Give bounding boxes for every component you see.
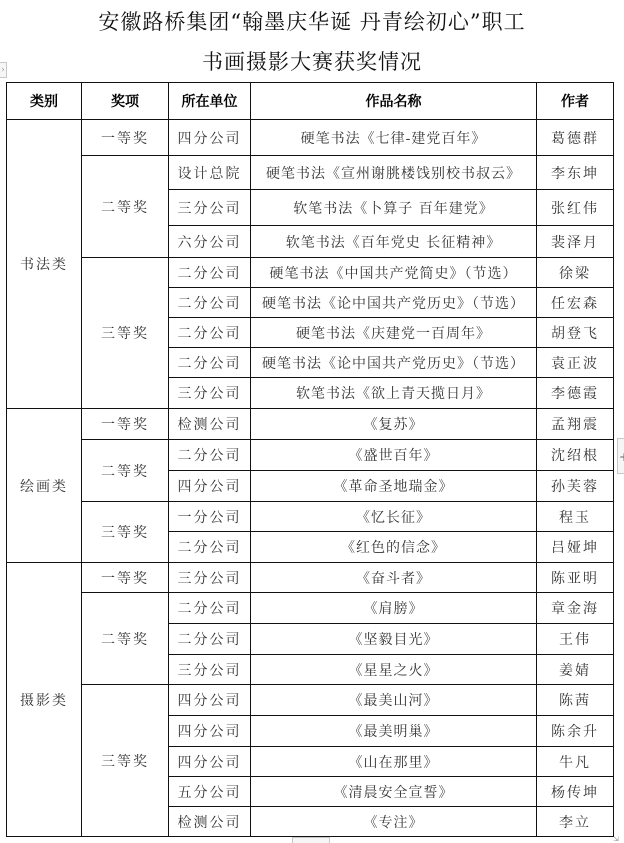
unit-cell: 五分公司 xyxy=(169,777,251,807)
unit-cell: 四分公司 xyxy=(169,747,251,777)
unit-cell: 六分公司 xyxy=(169,226,251,258)
award-level-cell: 一等奖 xyxy=(82,409,169,440)
unit-cell: 四分公司 xyxy=(169,120,251,156)
author-cell: 王伟 xyxy=(537,624,614,655)
work-cell: 《清晨安全宣誓》 xyxy=(251,777,537,807)
unit-cell: 二分公司 xyxy=(169,288,251,318)
work-cell: 软笔书法《卜算子 百年建党》 xyxy=(251,190,537,226)
author-cell: 李德霞 xyxy=(537,378,614,409)
header-author: 作者 xyxy=(537,83,614,120)
author-cell: 胡登飞 xyxy=(537,318,614,348)
work-cell: 《坚毅目光》 xyxy=(251,624,537,655)
unit-cell: 三分公司 xyxy=(169,190,251,226)
category-cell: 摄影类 xyxy=(7,563,82,837)
unit-cell: 设计总院 xyxy=(169,156,251,190)
award-level-cell: 三等奖 xyxy=(82,502,169,563)
work-cell: 硬笔书法《庆建党一百周年》 xyxy=(251,318,537,348)
author-cell: 徐梁 xyxy=(537,258,614,288)
awards-table-body: 书法类一等奖四分公司硬笔书法《七律-建党百年》葛德群二等奖设计总院硬笔书法《宣州… xyxy=(7,120,614,837)
work-cell: 《最美山河》 xyxy=(251,685,537,716)
work-cell: 软笔书法《欲上青天揽日月》 xyxy=(251,378,537,409)
table-row: 二等奖二分公司《盛世百年》沈绍根 xyxy=(7,440,614,471)
header-work: 作品名称 xyxy=(251,83,537,120)
unit-cell: 二分公司 xyxy=(169,624,251,655)
author-cell: 陈茜 xyxy=(537,685,614,716)
work-cell: 《星星之火》 xyxy=(251,655,537,685)
work-cell: 硬笔书法《七律-建党百年》 xyxy=(251,120,537,156)
author-cell: 葛德群 xyxy=(537,120,614,156)
author-cell: 章金海 xyxy=(537,593,614,624)
author-cell: 任宏森 xyxy=(537,288,614,318)
award-level-cell: 二等奖 xyxy=(82,440,169,502)
author-cell: 张红伟 xyxy=(537,190,614,226)
author-cell: 杨传坤 xyxy=(537,777,614,807)
author-cell: 李东坤 xyxy=(537,156,614,190)
work-cell: 《奋斗者》 xyxy=(251,563,537,593)
work-cell: 《盛世百年》 xyxy=(251,440,537,471)
header-unit: 所在单位 xyxy=(169,83,251,120)
work-cell: 《复苏》 xyxy=(251,409,537,440)
work-cell: 《红色的信念》 xyxy=(251,532,537,563)
header-award: 奖项 xyxy=(82,83,169,120)
unit-cell: 四分公司 xyxy=(169,716,251,747)
award-level-cell: 一等奖 xyxy=(82,120,169,156)
unit-cell: 二分公司 xyxy=(169,593,251,624)
unit-cell: 一分公司 xyxy=(169,502,251,532)
author-cell: 牛凡 xyxy=(537,747,614,777)
add-column-icon[interactable]: + xyxy=(617,438,624,474)
award-level-cell: 三等奖 xyxy=(82,258,169,409)
awards-table: 类别 奖项 所在单位 作品名称 作者 书法类一等奖四分公司硬笔书法《七律-建党百… xyxy=(6,82,614,837)
work-cell: 硬笔书法《论中国共产党历史》（节选） xyxy=(251,348,537,378)
table-header-row: 类别 奖项 所在单位 作品名称 作者 xyxy=(7,83,614,120)
work-cell: 硬笔书法《论中国共产党历史》（节选） xyxy=(251,288,537,318)
table-row: 三等奖四分公司《最美山河》陈茜 xyxy=(7,685,614,716)
author-cell: 孙芙蓉 xyxy=(537,471,614,502)
work-cell: 《山在那里》 xyxy=(251,747,537,777)
unit-cell: 二分公司 xyxy=(169,258,251,288)
unit-cell: 检测公司 xyxy=(169,409,251,440)
unit-cell: 检测公司 xyxy=(169,807,251,837)
author-cell: 陈余升 xyxy=(537,716,614,747)
author-cell: 裴泽月 xyxy=(537,226,614,258)
work-cell: 硬笔书法《宣州谢朓楼饯别校书叔云》 xyxy=(251,156,537,190)
award-level-cell: 二等奖 xyxy=(82,593,169,685)
unit-cell: 二分公司 xyxy=(169,318,251,348)
unit-cell: 二分公司 xyxy=(169,348,251,378)
author-cell: 沈绍根 xyxy=(537,440,614,471)
table-row: 绘画类一等奖检测公司《复苏》孟翔震 xyxy=(7,409,614,440)
author-cell: 李立 xyxy=(537,807,614,837)
table-row: 二等奖设计总院硬笔书法《宣州谢朓楼饯别校书叔云》李东坤 xyxy=(7,156,614,190)
author-cell: 程玉 xyxy=(537,502,614,532)
work-cell: 《最美明巢》 xyxy=(251,716,537,747)
work-cell: 《专注》 xyxy=(251,807,537,837)
document-title-line1: 安徽路桥集团“翰墨庆华诞 丹青绘初心”职工 xyxy=(0,6,624,36)
author-cell: 孟翔震 xyxy=(537,409,614,440)
unit-cell: 三分公司 xyxy=(169,563,251,593)
unit-cell: 三分公司 xyxy=(169,655,251,685)
category-cell: 绘画类 xyxy=(7,409,82,563)
work-cell: 《忆长征》 xyxy=(251,502,537,532)
unit-cell: 三分公司 xyxy=(169,378,251,409)
unit-cell: 二分公司 xyxy=(169,532,251,563)
author-cell: 袁正波 xyxy=(537,348,614,378)
move-handle-icon[interactable]: › xyxy=(0,62,7,78)
table-row: 摄影类一等奖三分公司《奋斗者》陈亚明 xyxy=(7,563,614,593)
document-title-line2: 书画摄影大赛获奖情况 xyxy=(0,46,624,76)
author-cell: 姜婧 xyxy=(537,655,614,685)
table-row: 三等奖一分公司《忆长征》程玉 xyxy=(7,502,614,532)
unit-cell: 二分公司 xyxy=(169,440,251,471)
add-row-handle[interactable] xyxy=(292,837,330,843)
award-level-cell: 一等奖 xyxy=(82,563,169,593)
unit-cell: 四分公司 xyxy=(169,471,251,502)
award-level-cell: 三等奖 xyxy=(82,685,169,837)
author-cell: 吕娅坤 xyxy=(537,532,614,563)
table-resize-icon[interactable]: ⇲ xyxy=(613,836,621,843)
table-row: 书法类一等奖四分公司硬笔书法《七律-建党百年》葛德群 xyxy=(7,120,614,156)
unit-cell: 四分公司 xyxy=(169,685,251,716)
table-row: 三等奖二分公司硬笔书法《中国共产党简史》（节选）徐梁 xyxy=(7,258,614,288)
category-cell: 书法类 xyxy=(7,120,82,409)
work-cell: 《革命圣地瑞金》 xyxy=(251,471,537,502)
table-row: 二等奖二分公司《肩膀》章金海 xyxy=(7,593,614,624)
award-level-cell: 二等奖 xyxy=(82,156,169,258)
author-cell: 陈亚明 xyxy=(537,563,614,593)
header-category: 类别 xyxy=(7,83,82,120)
work-cell: 软笔书法《百年党史 长征精神》 xyxy=(251,226,537,258)
work-cell: 《肩膀》 xyxy=(251,593,537,624)
work-cell: 硬笔书法《中国共产党简史》（节选） xyxy=(251,258,537,288)
